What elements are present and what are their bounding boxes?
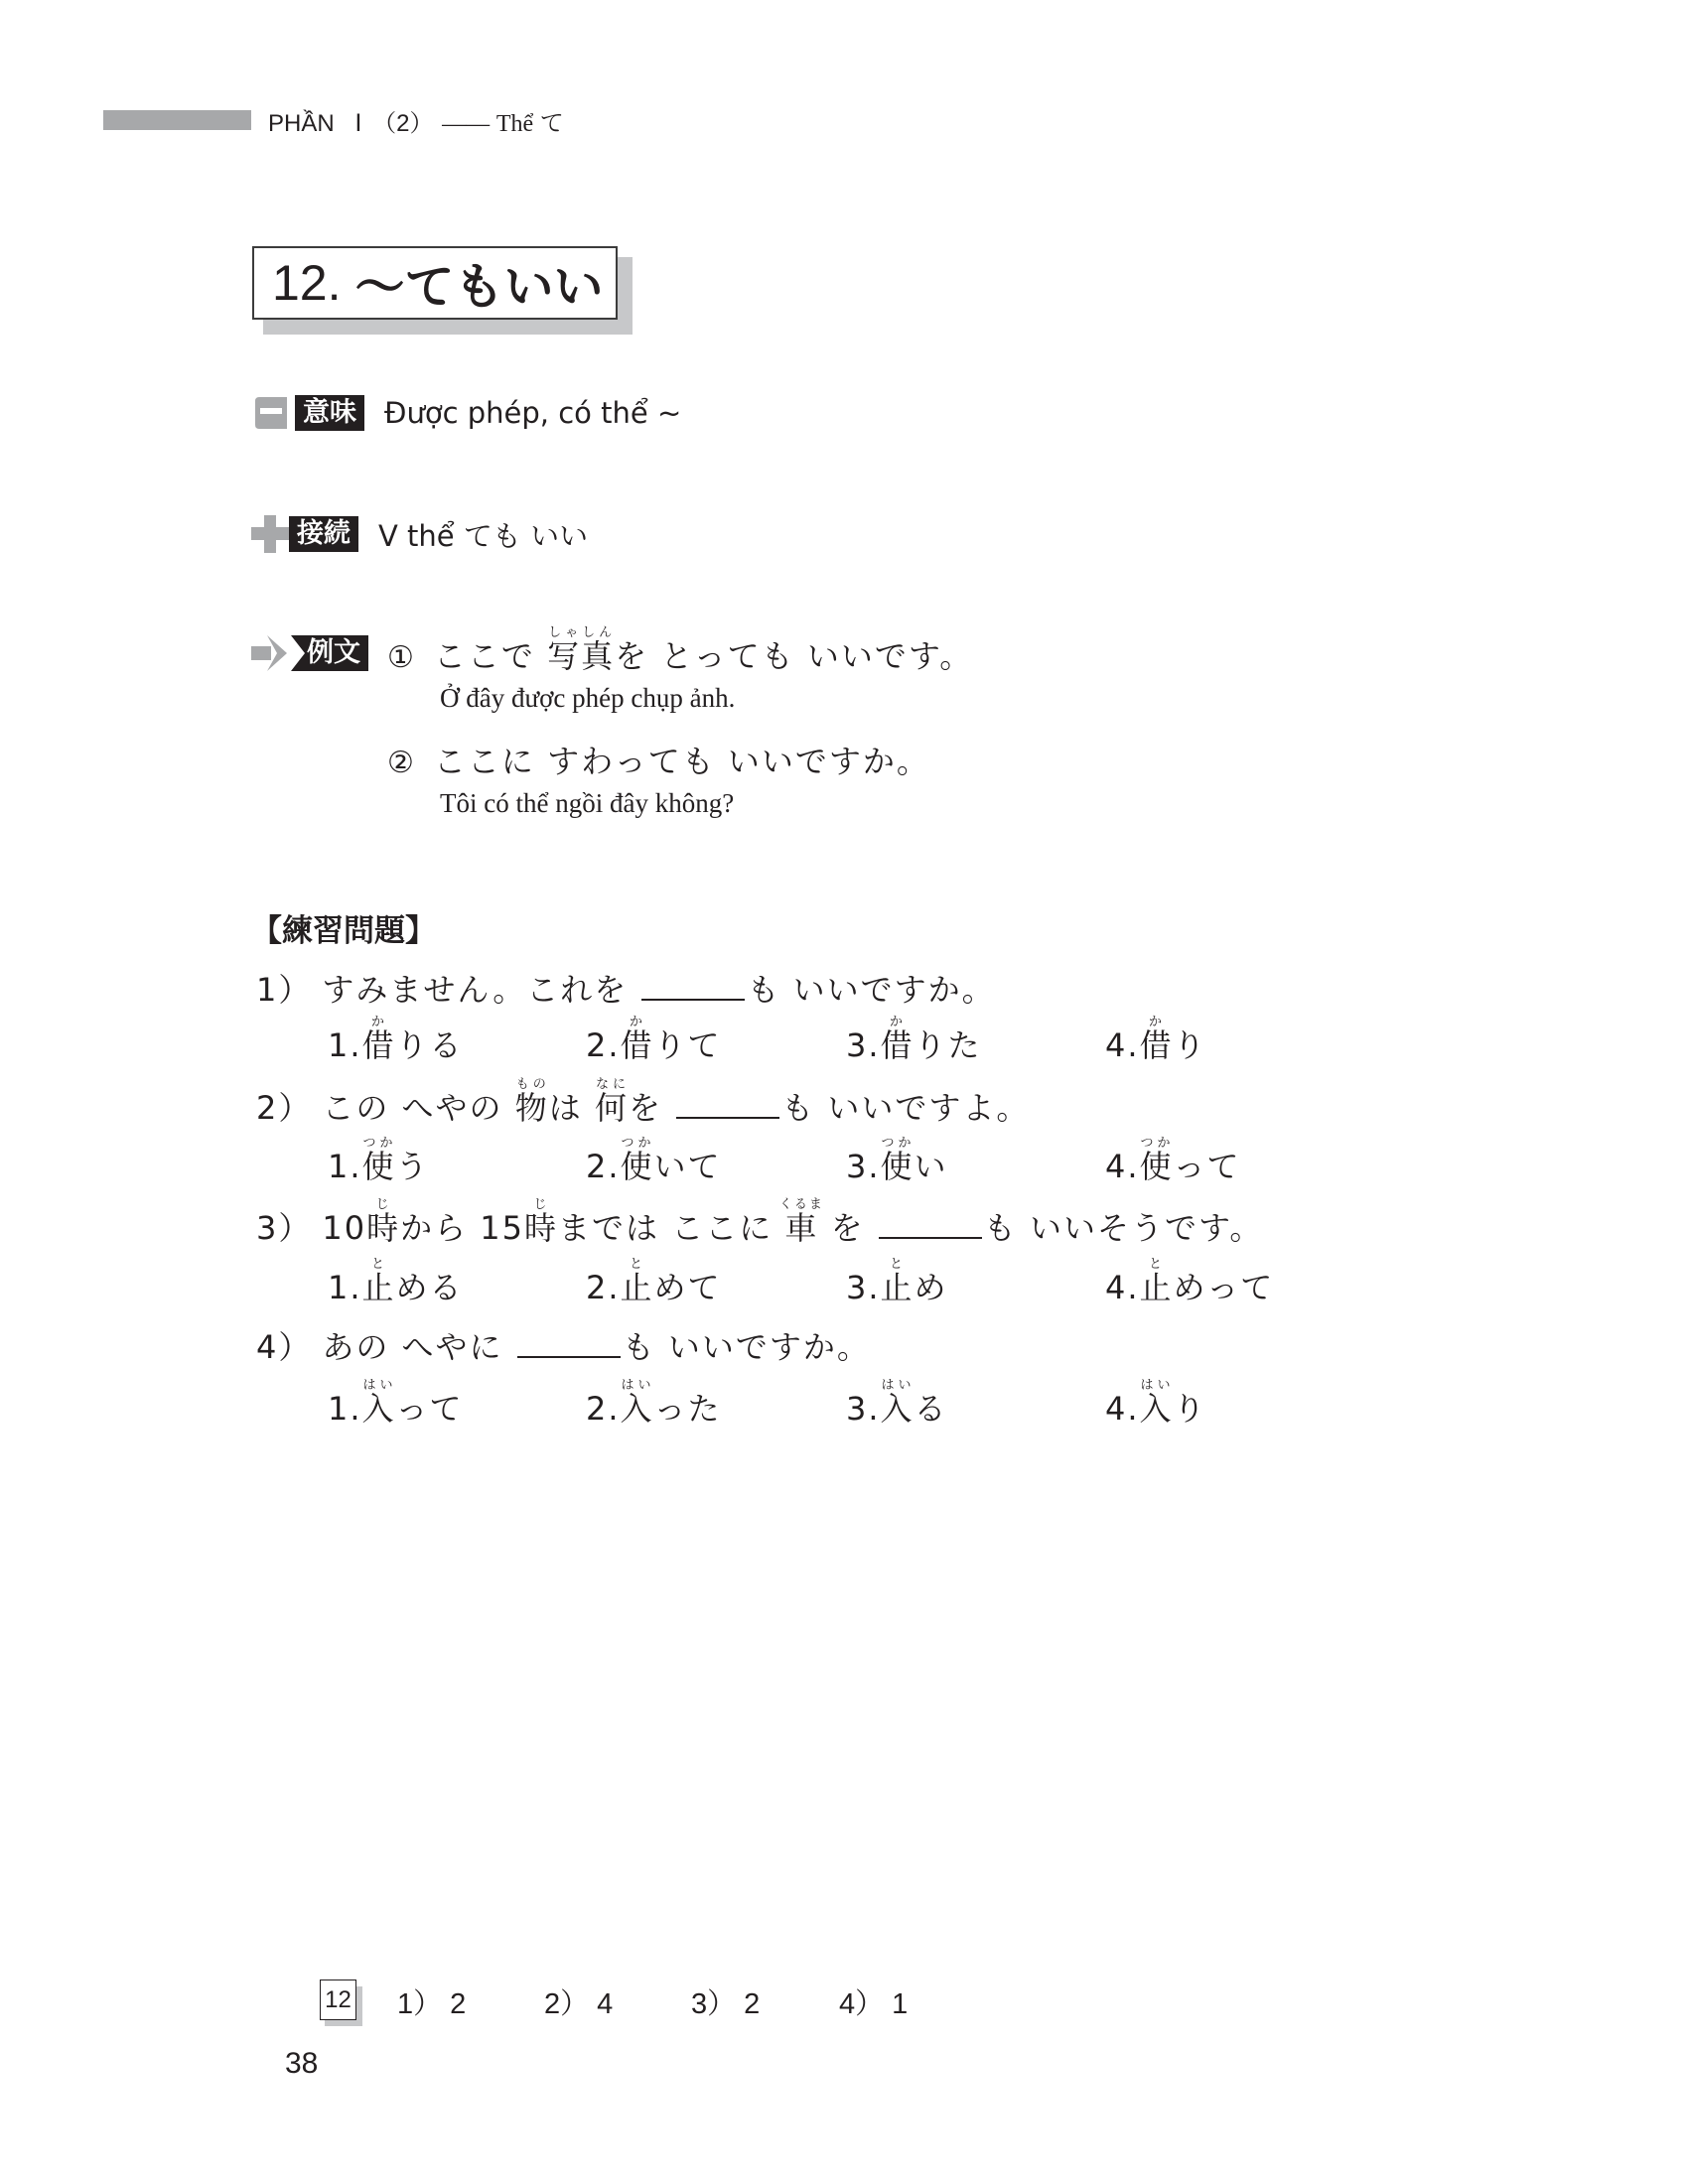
furigana: くるま	[779, 1197, 824, 1212]
kanji-with-furigana: 写真しゃしん	[547, 637, 615, 675]
furigana: はい	[362, 1378, 396, 1393]
answer-3: 3） 2	[691, 1981, 760, 2022]
examples-label: 例文	[291, 635, 368, 671]
example-1: ①ここで 写真しゃしんを とっても いいです。	[387, 625, 973, 677]
option-text: めて	[654, 1269, 722, 1306]
question-text: から 15	[400, 1209, 524, 1247]
furigana: か	[1140, 1015, 1174, 1029]
option[interactable]: 3.止とめ	[846, 1257, 948, 1308]
answer-blank	[517, 1328, 621, 1358]
option-number: 1.	[328, 1026, 362, 1064]
example-text: ここに すわっても いいですか。	[434, 743, 930, 780]
option[interactable]: 2.使つかいて	[586, 1136, 722, 1187]
example-text: を とっても いいです。	[615, 637, 973, 675]
question-number: 2）	[256, 1089, 312, 1127]
answer-2: 2） 4	[544, 1981, 613, 2022]
kanji: 止	[1140, 1269, 1174, 1306]
kanji-with-furigana: 使つか	[362, 1148, 396, 1185]
connection-text: V thể ても いい	[378, 514, 588, 555]
kanji: 入	[1140, 1390, 1174, 1428]
kanji-with-furigana: 何なに	[595, 1089, 629, 1127]
header-roman: Ⅰ	[354, 111, 361, 137]
lesson-title: 12. ～てもいい	[252, 246, 618, 320]
option[interactable]: 2.止とめて	[586, 1257, 722, 1308]
option-text: り	[1174, 1390, 1207, 1428]
kanji: 使	[362, 1148, 396, 1185]
option-number: 3.	[846, 1390, 881, 1428]
option-text: りた	[914, 1026, 982, 1064]
furigana: じ	[366, 1197, 400, 1212]
lesson-pattern: ～てもいい	[355, 247, 604, 319]
option[interactable]: 3.使つかい	[846, 1136, 948, 1187]
example-2: ②ここに すわっても いいですか。	[387, 737, 930, 782]
option-number: 3.	[846, 1148, 881, 1185]
answer-1: 1） 2	[397, 1981, 466, 2022]
furigana: つか	[621, 1136, 654, 1151]
kanji-with-furigana: 車くるま	[784, 1209, 818, 1247]
kanji-with-furigana: 入はい	[362, 1390, 396, 1428]
option-text: って	[396, 1390, 464, 1428]
kanji: 借	[621, 1026, 654, 1064]
furigana: じ	[524, 1197, 558, 1212]
meaning-text: Được phép, có thể ~	[384, 396, 681, 430]
question-2: 2）この へやの 物ものは 何なにを も いいですよ。	[256, 1077, 1030, 1129]
furigana: つか	[1140, 1136, 1174, 1151]
question-text: を	[818, 1209, 876, 1247]
furigana: と	[362, 1257, 396, 1272]
header-topic-jp: て	[540, 111, 564, 137]
answer-key-label: 12	[320, 1979, 356, 2020]
option[interactable]: 4.借かり	[1105, 1015, 1207, 1066]
plus-icon	[251, 515, 289, 553]
answer-blank	[676, 1089, 779, 1119]
question-text: も いいそうです。	[984, 1209, 1264, 1247]
option-number: 4.	[1105, 1026, 1140, 1064]
kanji-with-furigana: 入はい	[881, 1390, 914, 1428]
kanji: 入	[362, 1390, 396, 1428]
kanji-with-furigana: 使つか	[621, 1148, 654, 1185]
answer-blank	[641, 971, 745, 1001]
option-text: める	[396, 1269, 464, 1306]
furigana: か	[621, 1015, 654, 1029]
kanji-with-furigana: 入はい	[621, 1390, 654, 1428]
option-text: め	[914, 1269, 948, 1306]
kanji: 入	[881, 1390, 914, 1428]
question-text: あの へやに	[322, 1328, 514, 1366]
kanji-with-furigana: 時じ	[524, 1209, 558, 1247]
option-number: 2.	[586, 1269, 621, 1306]
header-section: （2）	[372, 110, 433, 137]
furigana: か	[881, 1015, 914, 1029]
running-header: PHẦN Ⅰ （2） —— Thể て	[268, 103, 564, 138]
furigana: か	[362, 1015, 396, 1029]
kanji: 時	[524, 1209, 558, 1247]
question-text: も いいですよ。	[781, 1089, 1030, 1127]
question-1: 1）すみません。これを も いいですか。	[256, 965, 996, 1011]
option-text: めって	[1174, 1269, 1275, 1306]
question-4: 4）あの へやに も いいですか。	[256, 1322, 871, 1368]
kanji-with-furigana: 借か	[621, 1026, 654, 1064]
option-number: 1.	[328, 1269, 362, 1306]
furigana: はい	[1140, 1378, 1174, 1393]
meaning-label: 意味	[295, 395, 364, 431]
option[interactable]: 1.止とめる	[328, 1257, 464, 1308]
option-text: って	[1174, 1148, 1241, 1185]
question-text: この へやの	[322, 1089, 514, 1127]
kanji-with-furigana: 時じ	[366, 1209, 400, 1247]
furigana: なに	[595, 1077, 629, 1092]
answer-blank	[879, 1209, 982, 1239]
kanji: 物	[515, 1089, 549, 1127]
option-text: る	[914, 1390, 948, 1428]
kanji: 入	[621, 1390, 654, 1428]
option[interactable]: 1.使つかう	[328, 1136, 430, 1187]
kanji: 写真	[547, 637, 615, 675]
connection-label: 接続	[289, 516, 358, 552]
furigana: と	[621, 1257, 654, 1272]
kanji-with-furigana: 借か	[362, 1026, 396, 1064]
option[interactable]: 2.入はいった	[586, 1378, 722, 1430]
kanji-with-furigana: 借か	[881, 1026, 914, 1064]
kanji: 使	[1140, 1148, 1174, 1185]
connection-row: 接続 V thể ても いい	[251, 516, 588, 552]
kanji-with-furigana: 借か	[1140, 1026, 1174, 1064]
kanji: 借	[362, 1026, 396, 1064]
kanji-with-furigana: 止と	[621, 1269, 654, 1306]
option-number: 4.	[1105, 1390, 1140, 1428]
furigana: つか	[362, 1136, 396, 1151]
furigana: もの	[515, 1077, 549, 1092]
option[interactable]: 3.借かりた	[846, 1015, 982, 1066]
option[interactable]: 4.止とめって	[1105, 1257, 1274, 1308]
option-text: う	[396, 1148, 430, 1185]
question-text: は	[549, 1089, 595, 1127]
kanji: 止	[362, 1269, 396, 1306]
question-number: 3）	[256, 1209, 312, 1247]
furigana: はい	[881, 1378, 914, 1393]
kanji: 使	[881, 1148, 914, 1185]
kanji: 借	[881, 1026, 914, 1064]
header-part: PHẦN	[268, 110, 335, 137]
option-number: 4.	[1105, 1148, 1140, 1185]
kanji: 止	[881, 1269, 914, 1306]
furigana: しゃしん	[547, 625, 615, 640]
question-text: も いいですか。	[747, 971, 995, 1009]
question-3: 3）10時じから 15時じまでは ここに 車くるま を も いいそうです。	[256, 1197, 1263, 1249]
example-1-translation: Ở đây được phép chụp ảnh.	[440, 683, 735, 714]
kanji-with-furigana: 止と	[1140, 1269, 1174, 1306]
example-2-translation: Tôi có thể ngồi đây không?	[440, 788, 734, 819]
option-text: りる	[396, 1026, 464, 1064]
furigana: と	[1140, 1257, 1174, 1272]
furigana: つか	[881, 1136, 914, 1151]
meaning-row: 意味 Được phép, có thể ~	[251, 395, 681, 431]
furigana: と	[881, 1257, 914, 1272]
question-text: すみません。これを	[322, 971, 639, 1009]
option[interactable]: 1.入はいって	[328, 1378, 464, 1430]
option-number: 3.	[846, 1269, 881, 1306]
header-bar	[103, 110, 251, 130]
question-text: も いいですか。	[623, 1328, 871, 1366]
kanji: 止	[621, 1269, 654, 1306]
kanji: 何	[595, 1089, 629, 1127]
example-marker: ①	[387, 640, 416, 675]
kanji-with-furigana: 入はい	[1140, 1390, 1174, 1428]
option[interactable]: 2.借かりて	[586, 1015, 722, 1066]
option-number: 2.	[586, 1390, 621, 1428]
examples-row: 例文	[251, 635, 368, 671]
option-text: りて	[654, 1026, 722, 1064]
question-text: までは ここに	[558, 1209, 784, 1247]
header-dash: ——	[442, 111, 490, 137]
option-number: 2.	[586, 1148, 621, 1185]
option-number: 1.	[328, 1148, 362, 1185]
option-number: 1.	[328, 1390, 362, 1428]
option-number: 4.	[1105, 1269, 1140, 1306]
kanji-with-furigana: 止と	[362, 1269, 396, 1306]
option[interactable]: 1.借かりる	[328, 1015, 464, 1066]
option-number: 3.	[846, 1026, 881, 1064]
example-marker: ②	[387, 746, 416, 780]
arrow-icon	[251, 635, 291, 671]
kanji-with-furigana: 物もの	[515, 1089, 549, 1127]
answer-4: 4） 1	[839, 1981, 908, 2022]
kanji-with-furigana: 使つか	[881, 1148, 914, 1185]
furigana: はい	[621, 1378, 654, 1393]
kanji-with-furigana: 使つか	[1140, 1148, 1174, 1185]
option-text: いて	[654, 1148, 722, 1185]
lesson-number: 12.	[272, 254, 342, 312]
example-text: ここで	[434, 637, 547, 675]
kanji: 使	[621, 1148, 654, 1185]
kanji: 時	[366, 1209, 400, 1247]
option[interactable]: 4.入はいり	[1105, 1378, 1207, 1430]
kanji: 借	[1140, 1026, 1174, 1064]
option[interactable]: 3.入はいる	[846, 1378, 948, 1430]
option[interactable]: 4.使つかって	[1105, 1136, 1241, 1187]
option-text: い	[914, 1148, 948, 1185]
question-number: 4）	[256, 1328, 312, 1366]
header-topic-vi: Thể	[496, 111, 533, 137]
question-text: 10	[322, 1209, 366, 1247]
page-number: 38	[285, 2047, 318, 2081]
option-text: り	[1174, 1026, 1207, 1064]
option-text: った	[654, 1390, 722, 1428]
question-number: 1）	[256, 971, 312, 1009]
option-number: 2.	[586, 1026, 621, 1064]
book-icon	[251, 395, 289, 431]
practice-title: 【練習問題】	[251, 905, 436, 950]
kanji-with-furigana: 止と	[881, 1269, 914, 1306]
question-text: を	[629, 1089, 674, 1127]
